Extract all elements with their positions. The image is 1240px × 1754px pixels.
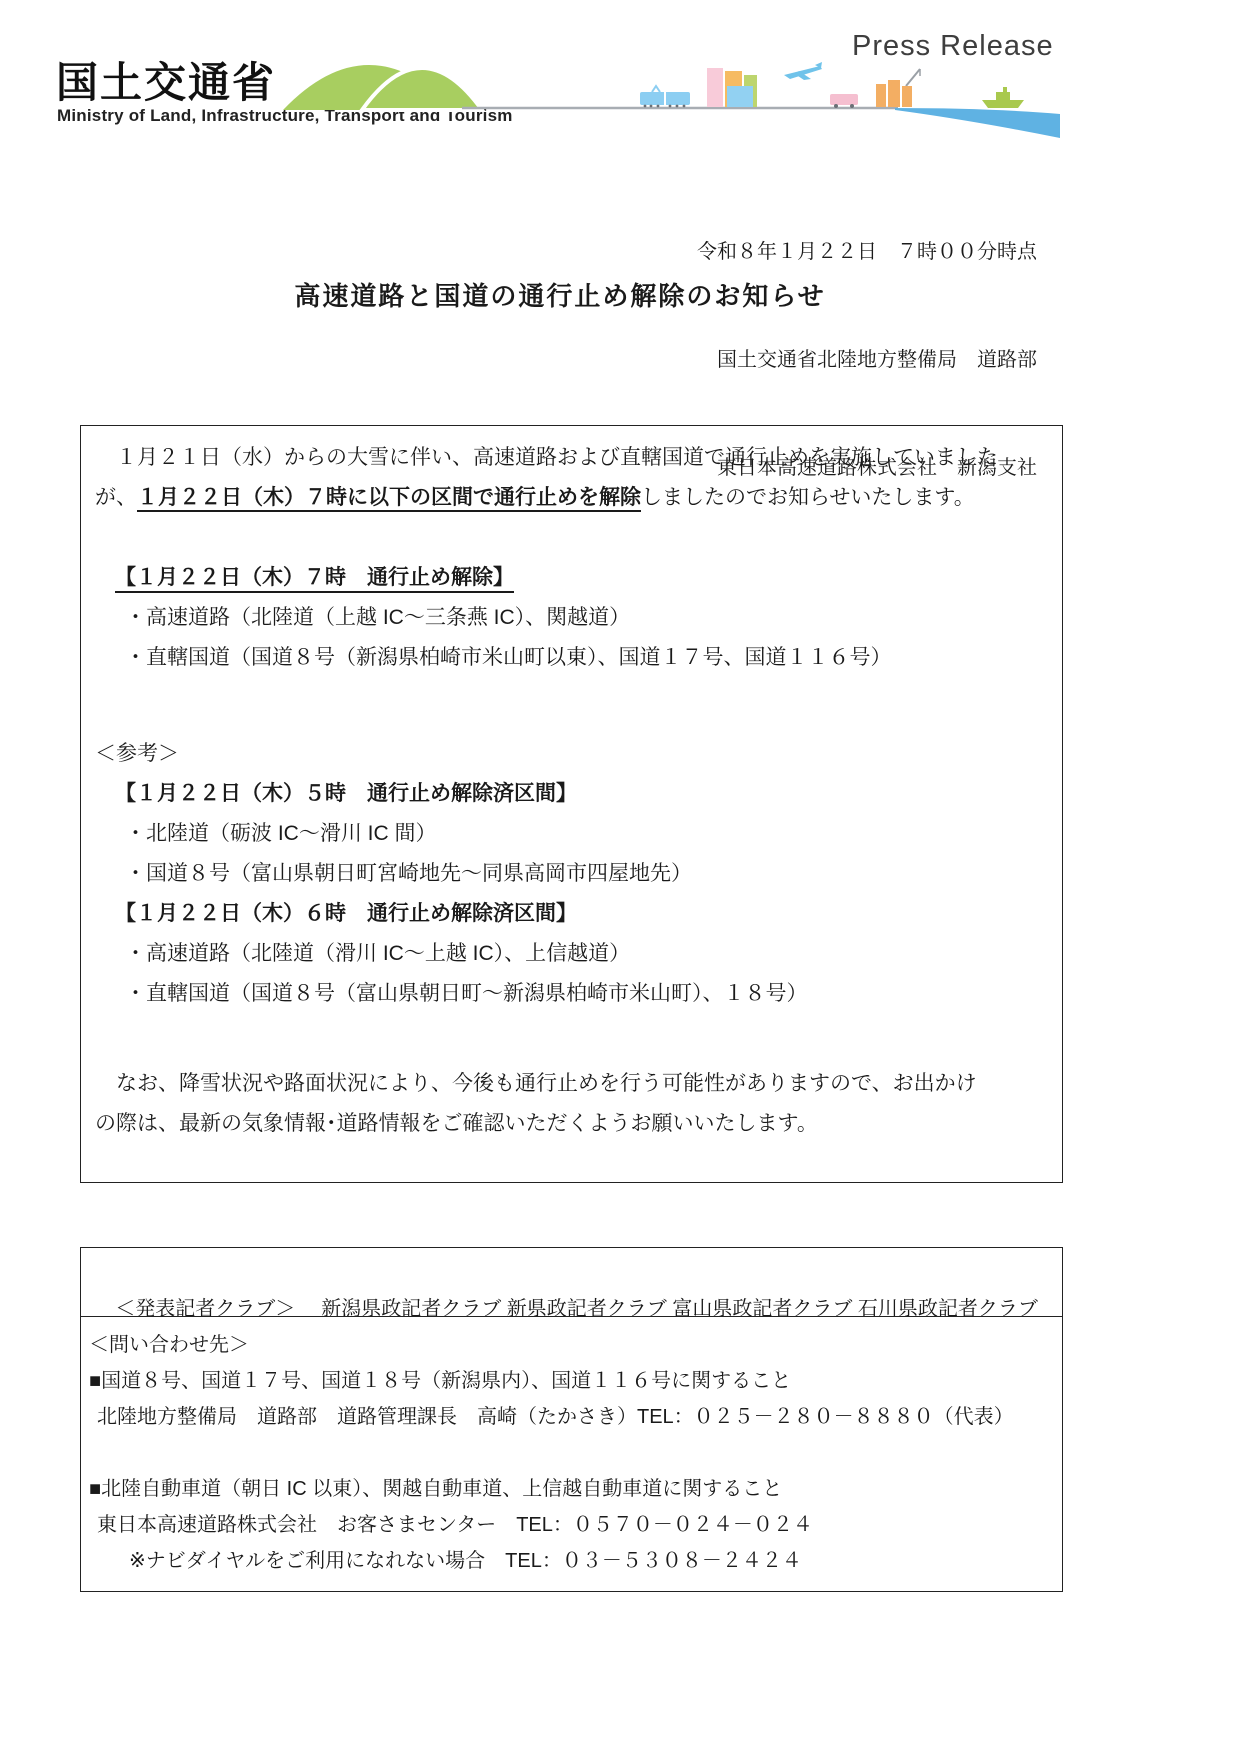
contact-label: ＜問い合わせ先＞ — [89, 1327, 1054, 1363]
reference-item: ・直轄国道（国道８号（富山県朝日町～新潟県柏崎市米山町）、１８号） — [95, 974, 1048, 1014]
contact-detail-expressways: 東日本高速道路株式会社 お客さまセンター TEL：０５７０－０２４－０２４ — [89, 1507, 1054, 1543]
spacer — [95, 678, 1048, 734]
buildings-icon — [707, 68, 757, 107]
water-icon — [895, 108, 1060, 138]
press-release-page: 国土交通省 Ministry of Land, Infrastructure, … — [0, 0, 1240, 1754]
spacer — [95, 518, 1048, 558]
intro-line-2-pre: が、 — [95, 486, 137, 509]
release-item: ・高速道路（北陸道（上越 IC～三条燕 IC）、関越道） — [95, 598, 1048, 638]
reference-item: ・高速道路（北陸道（滑川 IC～上越 IC）、上信越道） — [95, 934, 1048, 974]
intro-line-2: が、１月２２日（木）７時に以下の区間で通行止めを解除しましたのでお知らせいたしま… — [95, 478, 1048, 518]
reference-heading-6h: 【１月２２日（木）６時 通行止め解除済区間】 — [95, 894, 1048, 934]
reference-label: ＜参考＞ — [95, 734, 1048, 774]
header-cityscape-illustration — [270, 34, 1060, 140]
train-icon — [640, 86, 690, 107]
ministry-logo-text: 国土交通省 — [56, 50, 276, 110]
ship-icon — [982, 87, 1024, 108]
dateline-issuer-1: 国土交通省北陸地方整備局 道路部 — [697, 342, 1037, 378]
intro-line-2-emphasis: １月２２日（木）７時に以下の区間で通行止めを解除 — [137, 486, 641, 509]
page-title: 高速道路と国道の通行止め解除のお知らせ — [60, 276, 1060, 313]
airplane-icon — [784, 62, 822, 80]
reference-heading-5h: 【１月２２日（木）５時 通行止め解除済区間】 — [95, 774, 1048, 814]
spacer — [95, 1014, 1048, 1064]
contact-topic-expressways: ■北陸自動車道（朝日 IC 以東）、関越自動車道、上信越自動車道に関すること — [89, 1471, 1054, 1507]
note-line-1: なお、降雪状況や路面状況により、今後も通行止めを行う可能性がありますので、お出か… — [95, 1064, 1048, 1104]
contact-note-expressways: ※ナビダイヤルをご利用になれない場合 TEL：０３－５３０８－２４２４ — [89, 1543, 1054, 1579]
reference-item: ・北陸道（砺波 IC～滑川 IC 間） — [95, 814, 1048, 854]
mountains-icon — [283, 65, 482, 110]
dateline-datetime: 令和８年１月２２日 ７時００分時点 — [697, 234, 1037, 270]
truck-icon — [830, 94, 858, 108]
press-club-box: ＜発表記者クラブ＞新潟県政記者クラブ 新県政記者クラブ 富山県政記者クラブ 石川… — [80, 1247, 1063, 1316]
release-item: ・直轄国道（国道８号（新潟県柏崎市米山町以東）、国道１７号、国道１１６号） — [95, 638, 1048, 678]
release-heading: 【１月２２日（木）７時 通行止め解除】 — [95, 558, 1048, 598]
intro-line-2-post: しましたのでお知らせいたします。 — [641, 486, 975, 509]
spacer — [89, 1435, 1054, 1471]
note-line-2: の際は、最新の気象情報･道路情報をご確認いただくようお願いいたします。 — [95, 1104, 1048, 1144]
contact-detail-roads: 北陸地方整備局 道路部 道路管理課長 高崎（たかさき）TEL：０２５－２８０－８… — [89, 1399, 1054, 1435]
contact-topic-roads: ■国道８号、国道１７号、国道１８号（新潟県内）、国道１１６号に関すること — [89, 1363, 1054, 1399]
intro-line-1: １月２１日（水）からの大雪に伴い、高速道路および直轄国道で通行止めを実施していま… — [95, 438, 1048, 478]
reference-item: ・国道８号（富山県朝日町宮崎地先～同県高岡市四屋地先） — [95, 854, 1048, 894]
contact-box: ＜問い合わせ先＞ ■国道８号、国道１７号、国道１８号（新潟県内）、国道１１６号に… — [80, 1316, 1063, 1592]
port-crane-icon — [876, 69, 920, 107]
announcement-box: １月２１日（水）からの大雪に伴い、高速道路および直轄国道で通行止めを実施していま… — [80, 425, 1063, 1183]
